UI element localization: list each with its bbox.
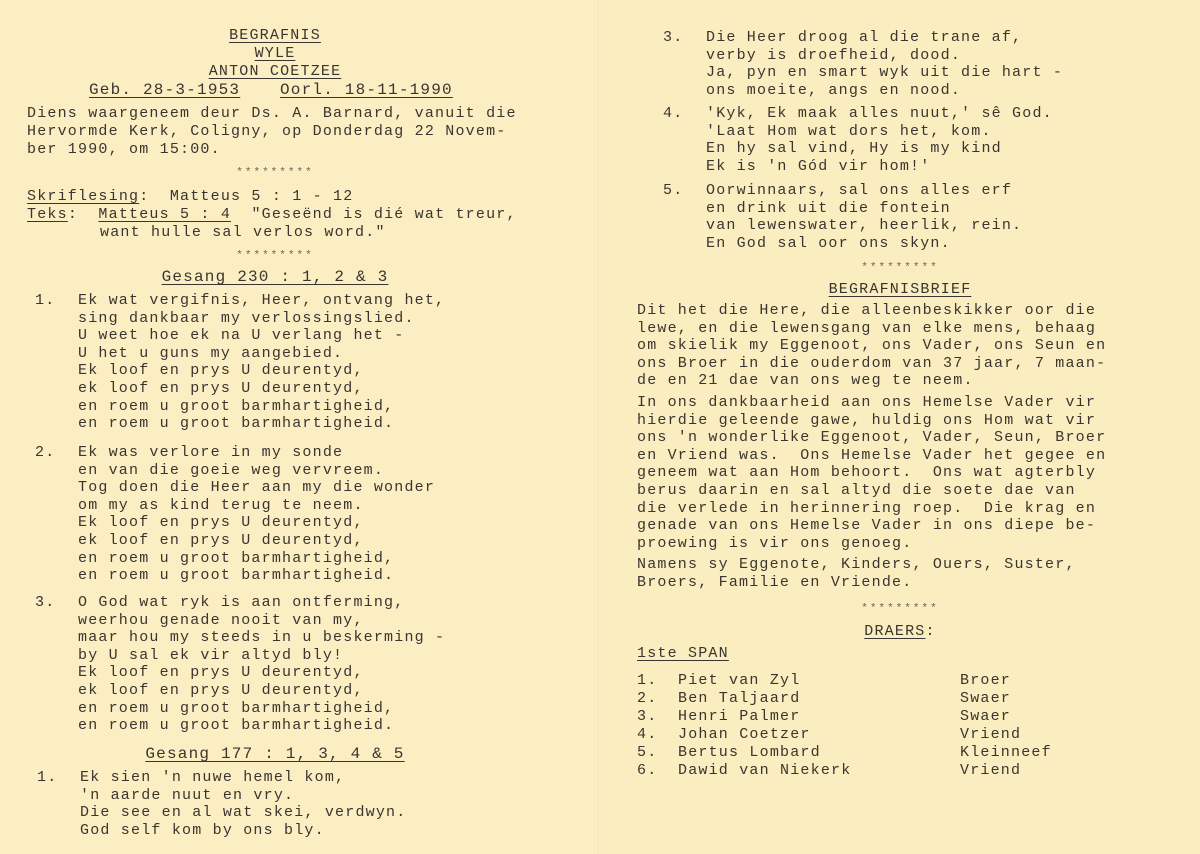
- bearer-relation: Broer: [960, 672, 1011, 690]
- left-page: BEGRAFNIS WYLE ANTON COETZEE Geb. 28-3-1…: [0, 0, 600, 854]
- hymn-177-verse-1-line: God self kom by ons bly.: [80, 822, 325, 840]
- hymn-230-verse-1-line: sing dankbaar my verlossingslied.: [78, 310, 415, 328]
- hymn-177-verse-1-line: 'n aarde nuut en vry.: [80, 787, 294, 805]
- hymn-177-verse-1-number: 1.: [37, 769, 57, 787]
- bearer-name: Henri Palmer: [678, 708, 800, 726]
- team-label: 1ste SPAN: [637, 645, 729, 663]
- hymn-230-verse-2-line: en roem u groot barmhartigheid.: [78, 567, 394, 585]
- hymn-230-verse-2-line: ek loof en prys U deurentyd,: [78, 532, 364, 550]
- separator-4: *********: [600, 600, 1200, 618]
- bearer-number: 4.: [637, 726, 657, 744]
- letter-paragraph-2-line: geneem wat aan Hom behoort. Ons wat agte…: [637, 464, 1096, 482]
- bearer-number: 5.: [637, 744, 657, 762]
- hymn-230-verse-1-line: en roem u groot barmhartigheid.: [78, 415, 394, 433]
- hymn-177-verse-4-line: 'Laat Hom wat dors het, kom.: [706, 123, 992, 141]
- bearer-name: Ben Taljaard: [678, 690, 800, 708]
- funeral-program-spread: BEGRAFNIS WYLE ANTON COETZEE Geb. 28-3-1…: [0, 0, 1200, 854]
- hymn-177-verse-4-line: 'Kyk, Ek maak alles nuut,' sê God.: [706, 105, 1053, 123]
- letter-paragraph-1-line: om skielik my Eggenoot, ons Vader, ons S…: [637, 337, 1106, 355]
- bearer-number: 6.: [637, 762, 657, 780]
- bearer-number: 1.: [637, 672, 657, 690]
- text-reference: Matteus 5 : 4: [98, 206, 231, 223]
- subtitle: WYLE: [0, 45, 550, 63]
- hymn-230-verse-1-line: en roem u groot barmhartigheid,: [78, 398, 394, 416]
- letter-title: BEGRAFNISBRIEF: [600, 281, 1200, 299]
- letter-paragraph-2-line: genade van ons Hemelse Vader in ons diep…: [637, 517, 1096, 535]
- hymn-230-verse-3-line: ek loof en prys U deurentyd,: [78, 682, 364, 700]
- hymn-230-verse-1-line: Ek wat vergifnis, Heer, ontvang het,: [78, 292, 445, 310]
- service-line-2: Hervormde Kerk, Coligny, op Donderdag 22…: [27, 123, 506, 141]
- bearers-title: DRAERS: [864, 623, 925, 640]
- bearer-name: Dawid van Niekerk: [678, 762, 851, 780]
- hymn-177-verse-4-number: 4.: [663, 105, 683, 123]
- hymn-230-verse-1-line: U het u guns my aangebied.: [78, 345, 343, 363]
- hymn-230-verse-1-number: 1.: [35, 292, 55, 310]
- hymn-177-verse-5-line: Oorwinnaars, sal ons alles erf: [706, 182, 1012, 200]
- hymn-230-verse-3-line: en roem u groot barmhartigheid.: [78, 717, 394, 735]
- letter-paragraph-1-line: lewe, en die lewensgang van elke mens, b…: [637, 320, 1096, 338]
- letter-paragraph-2-line: en Vriend was. Ons Hemelse Vader het geg…: [637, 447, 1106, 465]
- death-date: Oorl. 18-11-1990: [280, 81, 453, 99]
- bearer-name: Johan Coetzer: [678, 726, 811, 744]
- reading-label: Skriflesing: [27, 188, 139, 205]
- letter-paragraph-2-line: die verlede in herinnering roep. Die kra…: [637, 500, 1096, 518]
- text-quote-1: "Geseënd is dié wat treur,: [251, 206, 516, 223]
- hymn-177-verse-5-number: 5.: [663, 182, 683, 200]
- letter-paragraph-3-line: Namens sy Eggenote, Kinders, Ouers, Sust…: [637, 556, 1076, 574]
- hymn-177-verse-4-line: En hy sal vind, Hy is my kind: [706, 140, 1002, 158]
- hymn-230-verse-2-line: Ek loof en prys U deurentyd,: [78, 514, 364, 532]
- text-label: Teks: [27, 206, 68, 223]
- bearer-number: 3.: [637, 708, 657, 726]
- hymn-230-verse-1-line: Ek loof en prys U deurentyd,: [78, 362, 364, 380]
- hymn-177-title: Gesang 177 : 1, 3, 4 & 5: [0, 745, 550, 763]
- letter-paragraph-2-line: ons 'n wonderlike Eggenoot, Vader, Seun,…: [637, 429, 1106, 447]
- hymn-177-verse-4-line: Ek is 'n Gód vir hom!': [706, 158, 930, 176]
- hymn-177-verse-3-line: verby is droefheid, dood.: [706, 47, 961, 65]
- hymn-177-verse-5-line: van lewenswater, heerlik, rein.: [706, 217, 1022, 235]
- text-quote-2: want hulle sal verlos word.": [100, 224, 386, 242]
- letter-paragraph-3-line: Broers, Familie en Vriende.: [637, 574, 912, 592]
- hymn-177-verse-3-number: 3.: [663, 29, 683, 47]
- separator-2: *********: [0, 247, 550, 265]
- hymn-230-verse-2-line: om my as kind terug te neem.: [78, 497, 364, 515]
- hymn-230-verse-3-line: weerhou genade nooit van my,: [78, 612, 364, 630]
- bearer-name: Bertus Lombard: [678, 744, 821, 762]
- hymn-230-verse-3-line: maar hou my steeds in u beskerming -: [78, 629, 445, 647]
- hymn-177-verse-3-line: Die Heer droog al die trane af,: [706, 29, 1022, 47]
- hymn-230-verse-2-line: Tog doen die Heer aan my die wonder: [78, 479, 435, 497]
- right-page: 3.Die Heer droog al die trane af,verby i…: [600, 0, 1200, 854]
- hymn-230-verse-2-line: en van die goeie weg vervreem.: [78, 462, 384, 480]
- service-line-1: Diens waargeneem deur Ds. A. Barnard, va…: [27, 105, 517, 123]
- hymn-177-verse-3-line: Ja, pyn en smart wyk uit die hart -: [706, 64, 1063, 82]
- letter-paragraph-1-line: ons Broer in die ouderdom van 37 jaar, 7…: [637, 355, 1106, 373]
- hymn-177-verse-5-line: en drink uit die fontein: [706, 200, 951, 218]
- service-line-3: ber 1990, om 15:00.: [27, 141, 221, 159]
- birth-date: Geb. 28-3-1953: [89, 81, 240, 99]
- separator-3: *********: [600, 259, 1200, 277]
- hymn-230-verse-2-number: 2.: [35, 444, 55, 462]
- hymn-230-verse-2-line: en roem u groot barmhartigheid,: [78, 550, 394, 568]
- hymn-177-verse-3-line: ons moeite, angs en nood.: [706, 82, 961, 100]
- letter-paragraph-1-line: de en 21 dae van ons weg te neem.: [637, 372, 974, 390]
- hymn-177-verse-1-line: Die see en al wat skei, verdwyn.: [80, 804, 406, 822]
- hymn-230-verse-3-line: en roem u groot barmhartigheid,: [78, 700, 394, 718]
- hymn-230-verse-3-number: 3.: [35, 594, 55, 612]
- bearer-number: 2.: [637, 690, 657, 708]
- hymn-230-verse-2-line: Ek was verlore in my sonde: [78, 444, 343, 462]
- hymn-230-verse-3-line: O God wat ryk is aan ontferming,: [78, 594, 404, 612]
- bearer-name: Piet van Zyl: [678, 672, 800, 690]
- letter-paragraph-2-line: hierdie geleende gawe, huldig ons Hom wa…: [637, 412, 1096, 430]
- deceased-name: ANTON COETZEE: [0, 63, 550, 81]
- title: BEGRAFNIS: [0, 27, 550, 45]
- letter-paragraph-2-line: berus daarin en sal altyd die soete dae …: [637, 482, 1076, 500]
- letter-paragraph-2-line: In ons dankbaarheid aan ons Hemelse Vade…: [637, 394, 1096, 412]
- bearer-relation: Swaer: [960, 708, 1011, 726]
- reading-value: : Matteus 5 : 1 - 12: [139, 188, 353, 205]
- hymn-230-verse-1-line: U weet hoe ek na U verlang het -: [78, 327, 404, 345]
- bearer-relation: Kleinneef: [960, 744, 1052, 762]
- hymn-230-verse-1-line: ek loof en prys U deurentyd,: [78, 380, 364, 398]
- hymn-230-verse-3-line: Ek loof en prys U deurentyd,: [78, 664, 364, 682]
- separator: *********: [0, 164, 550, 182]
- hymn-230-title: Gesang 230 : 1, 2 & 3: [0, 268, 550, 286]
- sermon-text: Teks: Matteus 5 : 4 "Geseënd is dié wat …: [27, 206, 517, 224]
- bearer-relation: Swaer: [960, 690, 1011, 708]
- hymn-177-verse-5-line: En God sal oor ons skyn.: [706, 235, 951, 253]
- bearers-heading: DRAERS:: [600, 623, 1200, 641]
- hymn-230-verse-3-line: by U sal ek vir altyd bly!: [78, 647, 343, 665]
- letter-paragraph-1-line: Dit het die Here, die alleenbeskikker oo…: [637, 302, 1096, 320]
- bearer-relation: Vriend: [960, 726, 1021, 744]
- hymn-177-verse-1-line: Ek sien 'n nuwe hemel kom,: [80, 769, 345, 787]
- bearer-relation: Vriend: [960, 762, 1021, 780]
- letter-paragraph-2-line: proewing is vir ons genoeg.: [637, 535, 912, 553]
- scripture-reading: Skriflesing: Matteus 5 : 1 - 12: [27, 188, 353, 206]
